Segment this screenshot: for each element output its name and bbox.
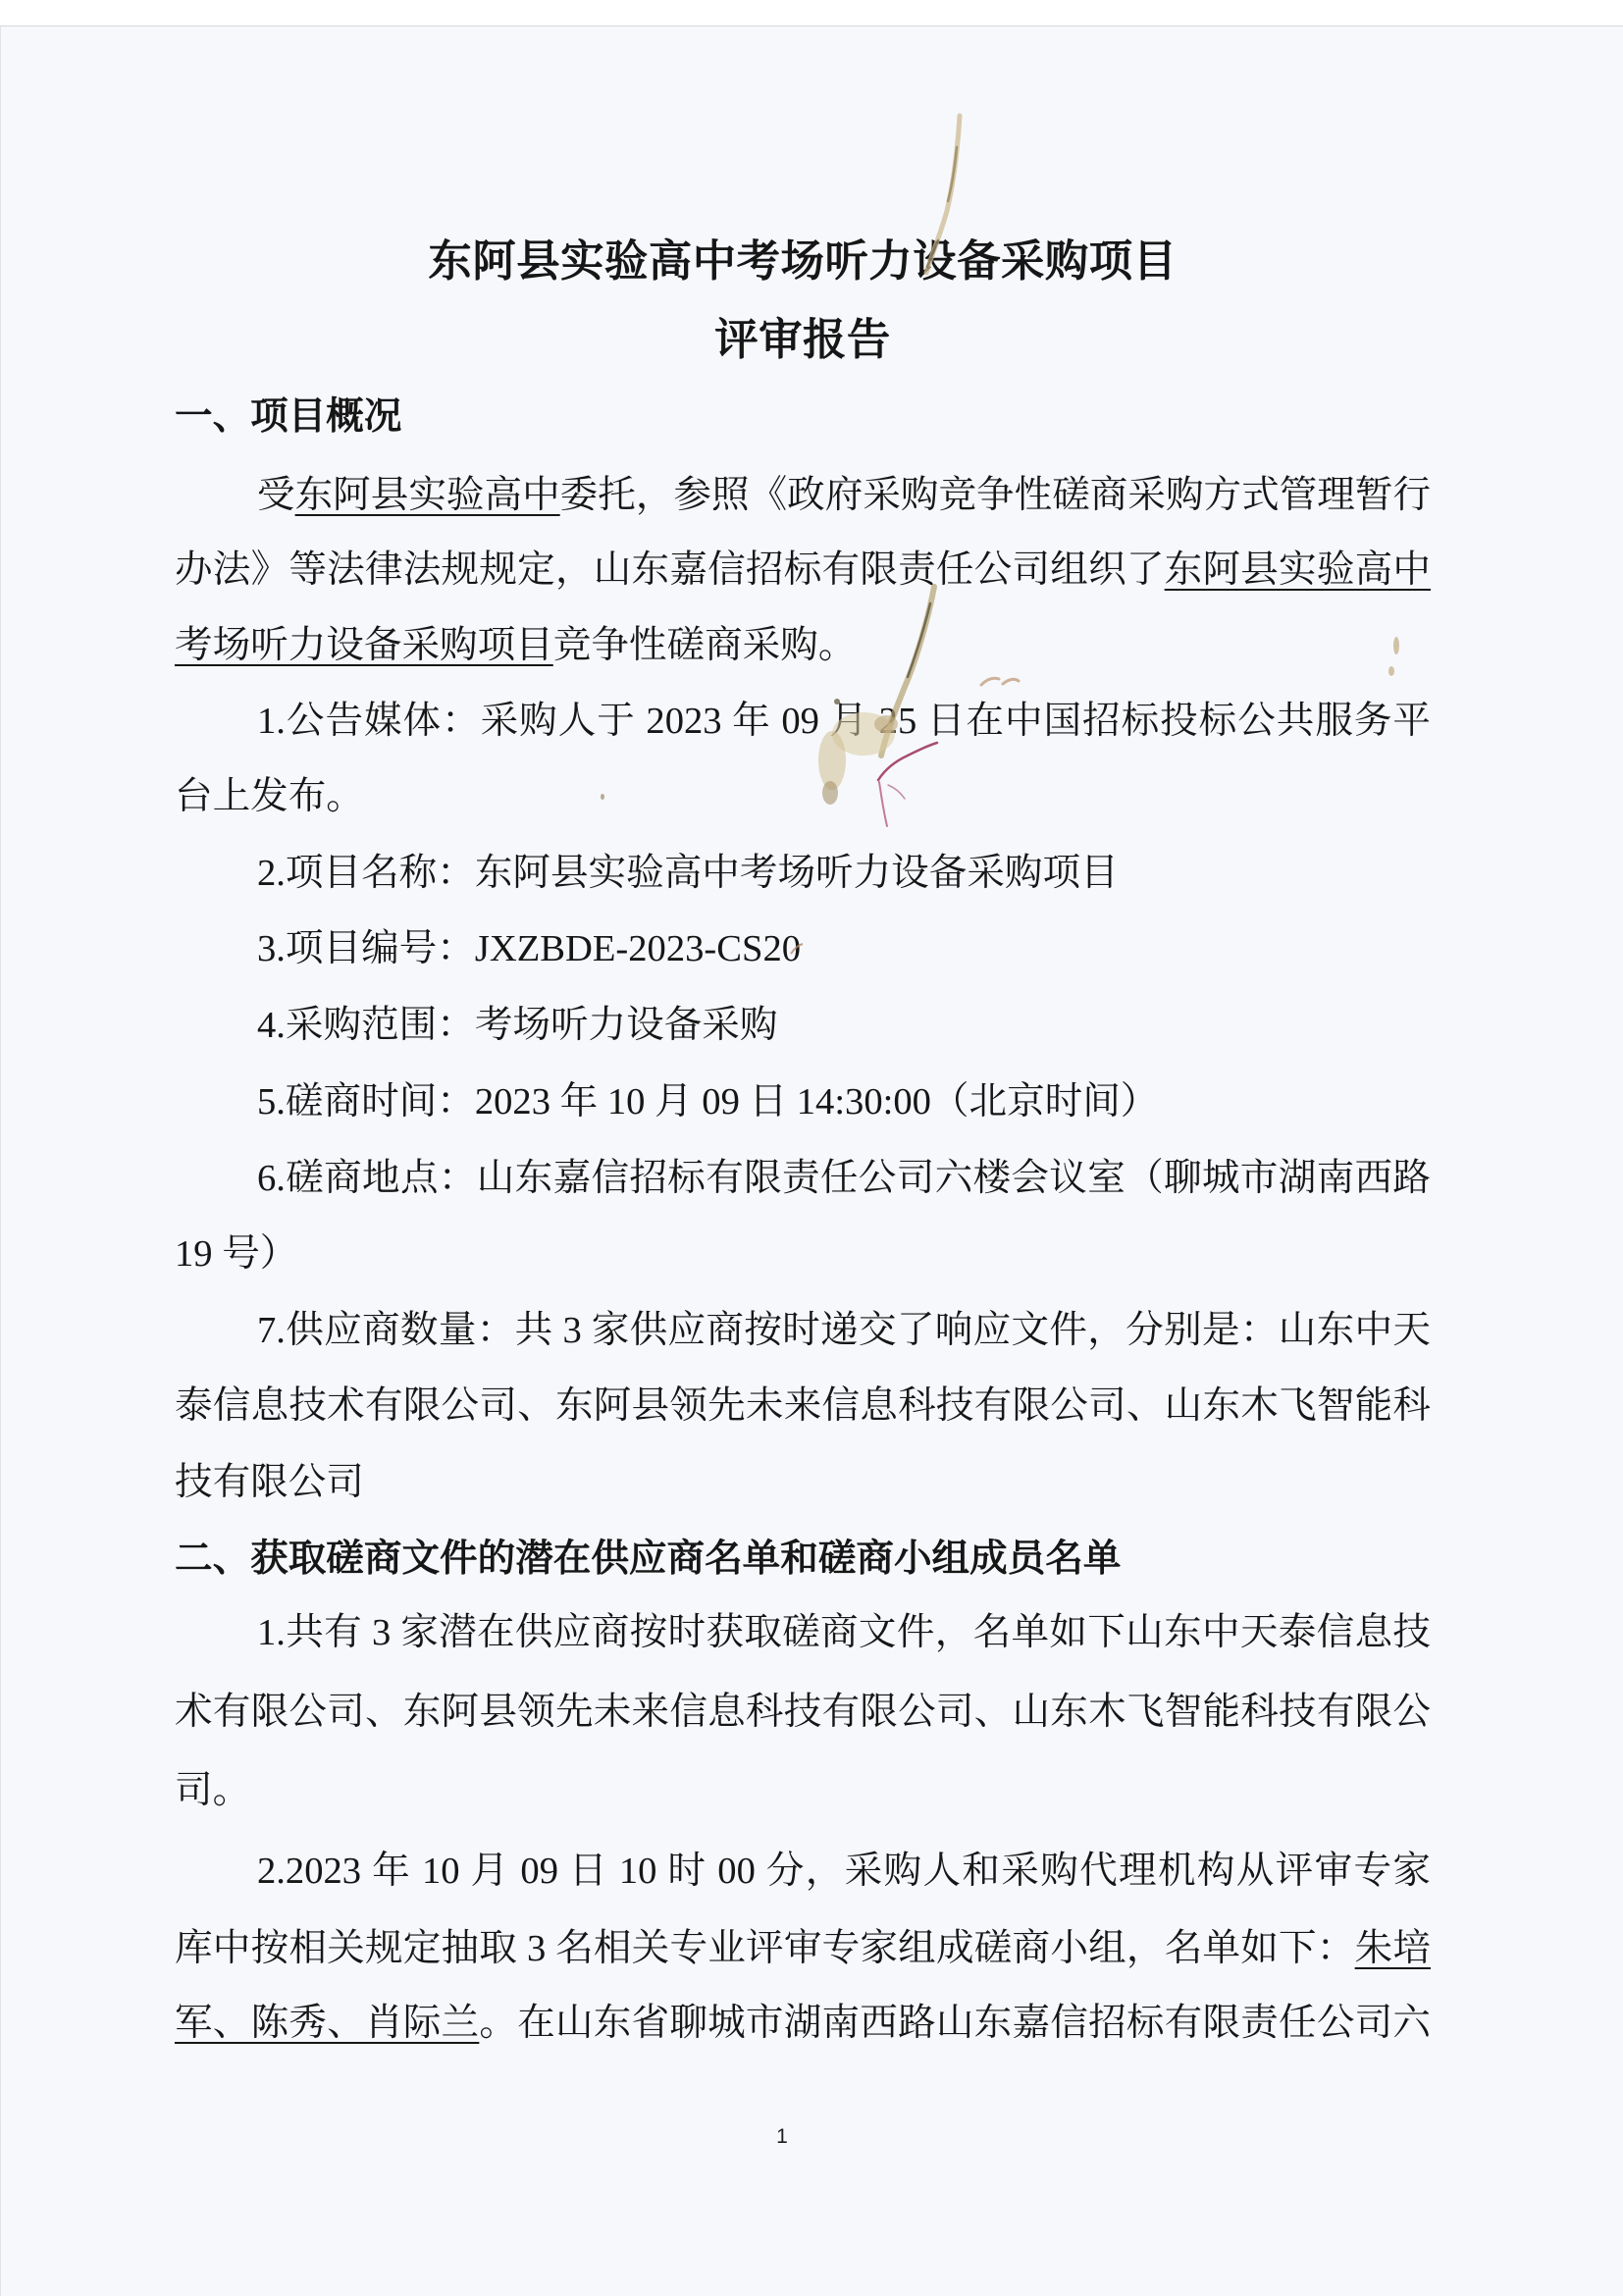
underlined-purchaser-name: 东阿县实验高中 (295, 475, 560, 516)
paragraph-line: 台上发布。 (175, 759, 1431, 835)
paragraph-line: 2.2023 年 10 月 09 日 10 时 00 分，采购人和采购代理机构从… (175, 1834, 1431, 1909)
document-title-line-2: 评审报告 (175, 302, 1431, 378)
paragraph-line: 军、陈秀、肖际兰。在山东省聊城市湖南西路山东嘉信招标有限责任公司六 (175, 1986, 1431, 2061)
text-segment: 。在山东省聊城市湖南西路山东嘉信招标有限责任公司六 (479, 2003, 1431, 2044)
text-segment: 受 (257, 475, 295, 516)
underlined-purchaser-name: 东阿县实验高中 (1165, 549, 1431, 591)
underlined-project-name: 考场听力设备采购项目 (175, 625, 553, 666)
paragraph-line: 考场听力设备采购项目竞争性磋商采购。 (175, 608, 1431, 684)
underlined-panel-member-names: 军、陈秀、肖际兰 (175, 2003, 479, 2044)
underlined-panel-member-names: 朱培 (1355, 1928, 1431, 1969)
section-2-heading: 二、获取磋商文件的潜在供应商名单和磋商小组成员名单 (175, 1522, 1431, 1597)
paragraph-line: 19 号） (175, 1217, 1431, 1292)
document-title-line-1: 东阿县实验高中考场听力设备采购项目 (175, 224, 1431, 299)
paragraph-line: 技有限公司 (175, 1445, 1431, 1521)
section-1-item-project-number: 3.项目编号：JXZBDE-2023-CS20 (175, 912, 1431, 987)
paragraph-line: 库中按相关规定抽取 3 名相关专业评审专家组成磋商小组，名单如下：朱培 (175, 1911, 1431, 1987)
paragraph-line: 办法》等法律法规规定，山东嘉信招标有限责任公司组织了东阿县实验高中 (175, 533, 1431, 608)
section-1-item-procurement-scope: 4.采购范围：考场听力设备采购 (175, 988, 1431, 1064)
paragraph-line: 1.共有 3 家潜在供应商按时获取磋商文件，名单如下山东中天泰信息技 (175, 1595, 1431, 1671)
paragraph-line: 受东阿县实验高中委托，参照《政府采购竞争性磋商采购方式管理暂行 (175, 458, 1431, 534)
text-segment: 库中按相关规定抽取 3 名相关专业评审专家组成磋商小组，名单如下： (175, 1928, 1355, 1969)
text-segment: 竞争性磋商采购。 (553, 625, 857, 666)
paragraph-line: 6.磋商地点：山东嘉信招标有限责任公司六楼会议室（聊城市湖南西路 (175, 1141, 1431, 1217)
text-segment: 委托，参照《政府采购竞争性磋商采购方式管理暂行 (560, 475, 1431, 516)
paragraph-line: 泰信息技术有限公司、东阿县领先未来信息科技有限公司、山东木飞智能科 (175, 1369, 1431, 1444)
section-1-heading: 一、项目概况 (175, 380, 1431, 455)
paragraph-line: 术有限公司、东阿县领先未来信息科技有限公司、山东木飞智能科技有限公 (175, 1675, 1431, 1750)
paragraph-line: 7.供应商数量：共 3 家供应商按时递交了响应文件，分别是：山东中天 (175, 1293, 1431, 1369)
text-segment: 办法》等法律法规规定，山东嘉信招标有限责任公司组织了 (175, 549, 1165, 591)
paragraph-line: 司。 (175, 1753, 1431, 1829)
section-1-item-negotiation-time: 5.磋商时间：2023 年 10 月 09 日 14:30:00（北京时间） (175, 1065, 1431, 1140)
paragraph-line: 1.公告媒体：采购人于 2023 年 09 月 25 日在中国招标投标公共服务平 (175, 684, 1431, 759)
page-number: 1 (762, 2122, 802, 2152)
section-1-item-project-name: 2.项目名称：东阿县实验高中考场听力设备采购项目 (175, 836, 1431, 912)
